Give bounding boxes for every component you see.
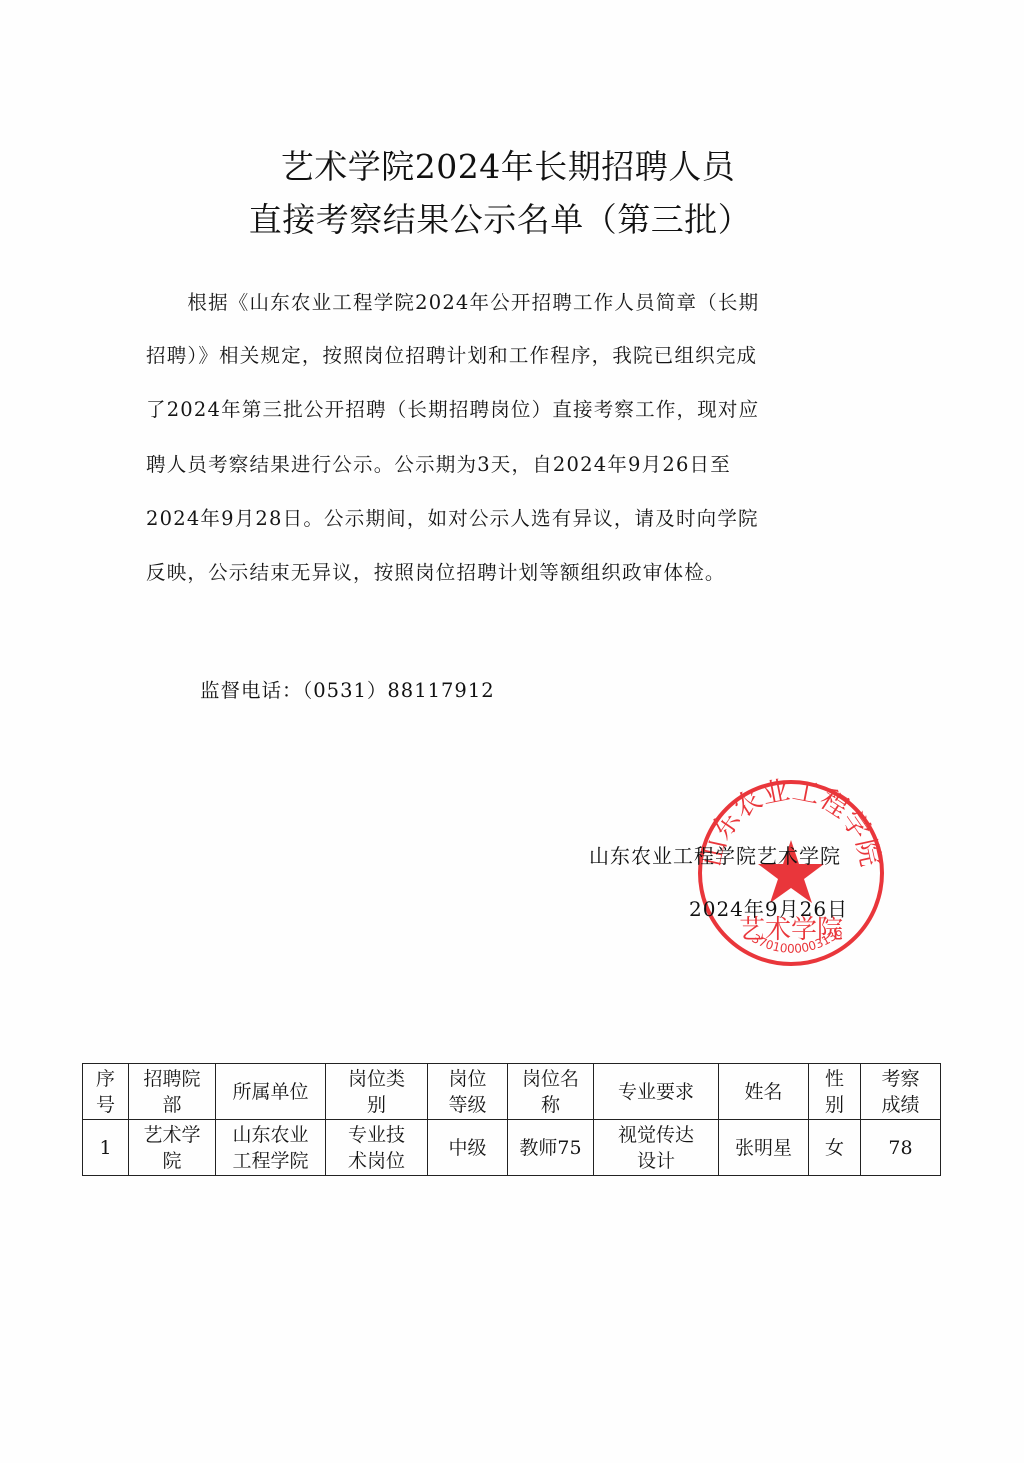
body-line: 根据《山东农业工程学院2024年公开招聘工作人员简章（长期 (146, 293, 759, 313)
table-row: 1 艺术学院 山东农业工程学院 专业技术岗位 中级 教师75 视觉传达设计 张明… (83, 1120, 941, 1176)
cell-position-category: 专业技术岗位 (326, 1120, 428, 1176)
header-cell-name: 姓名 (719, 1064, 809, 1120)
body-line: 招聘）》相关规定，按照岗位招聘计划和工作程序，我院已组织完成 (146, 346, 757, 366)
header-cell-index: 序号 (83, 1064, 129, 1120)
header-cell-position-level: 岗位等级 (428, 1064, 508, 1120)
header-cell-major-requirement: 专业要求 (594, 1064, 719, 1120)
header-cell-position-name: 岗位名称 (508, 1064, 594, 1120)
cell-position-level: 中级 (428, 1120, 508, 1176)
cell-name: 张明星 (719, 1120, 809, 1176)
document-title-line-2: 直接考察结果公示名单（第三批） (0, 203, 1012, 236)
supervision-phone: 监督电话：（0531）88117912 (200, 675, 495, 703)
results-table: 序号 招聘院部 所属单位 岗位类别 岗位等级 岗位名称 专业要求 姓名 性别 考… (82, 1063, 941, 1176)
header-cell-recruiting-dept: 招聘院部 (129, 1064, 216, 1120)
body-line: 2024年9月28日。公示期间，如对公示人选有异议，请及时向学院 (146, 509, 759, 529)
cell-score: 78 (861, 1120, 941, 1176)
body-line: 反映，公示结束无异议，按照岗位招聘计划等额组织政审体检。 (146, 563, 726, 583)
signature-organization: 山东农业工程学院艺术学院 (589, 840, 841, 869)
header-cell-position-category: 岗位类别 (326, 1064, 428, 1120)
table-header-row: 序号 招聘院部 所属单位 岗位类别 岗位等级 岗位名称 专业要求 姓名 性别 考… (83, 1064, 941, 1120)
document-title-line-1: 艺术学院2024年长期招聘人员 (0, 150, 1020, 183)
header-cell-affiliation: 所属单位 (216, 1064, 326, 1120)
official-seal-stamp: 山东农业工程学院 艺术学院 3701000003136 (696, 778, 886, 968)
supervision-phone-label: 监督电话： (200, 679, 303, 702)
cell-recruiting-dept: 艺术学院 (129, 1120, 216, 1176)
cell-major-requirement: 视觉传达设计 (594, 1120, 719, 1176)
header-cell-score: 考察成绩 (861, 1064, 941, 1120)
cell-position-name: 教师75 (508, 1120, 594, 1176)
cell-gender: 女 (809, 1120, 861, 1176)
supervision-phone-number: （0531）88117912 (303, 679, 495, 702)
header-cell-gender: 性别 (809, 1064, 861, 1120)
body-line: 了2024年第三批公开招聘（长期招聘岗位）直接考察工作，现对应 (146, 400, 759, 420)
cell-index: 1 (83, 1120, 129, 1176)
body-line: 聘人员考察结果进行公示。公示期为3天，自2024年9月26日至 (146, 455, 731, 475)
cell-affiliation: 山东农业工程学院 (216, 1120, 326, 1176)
signature-date: 2024年9月26日 (689, 893, 848, 922)
